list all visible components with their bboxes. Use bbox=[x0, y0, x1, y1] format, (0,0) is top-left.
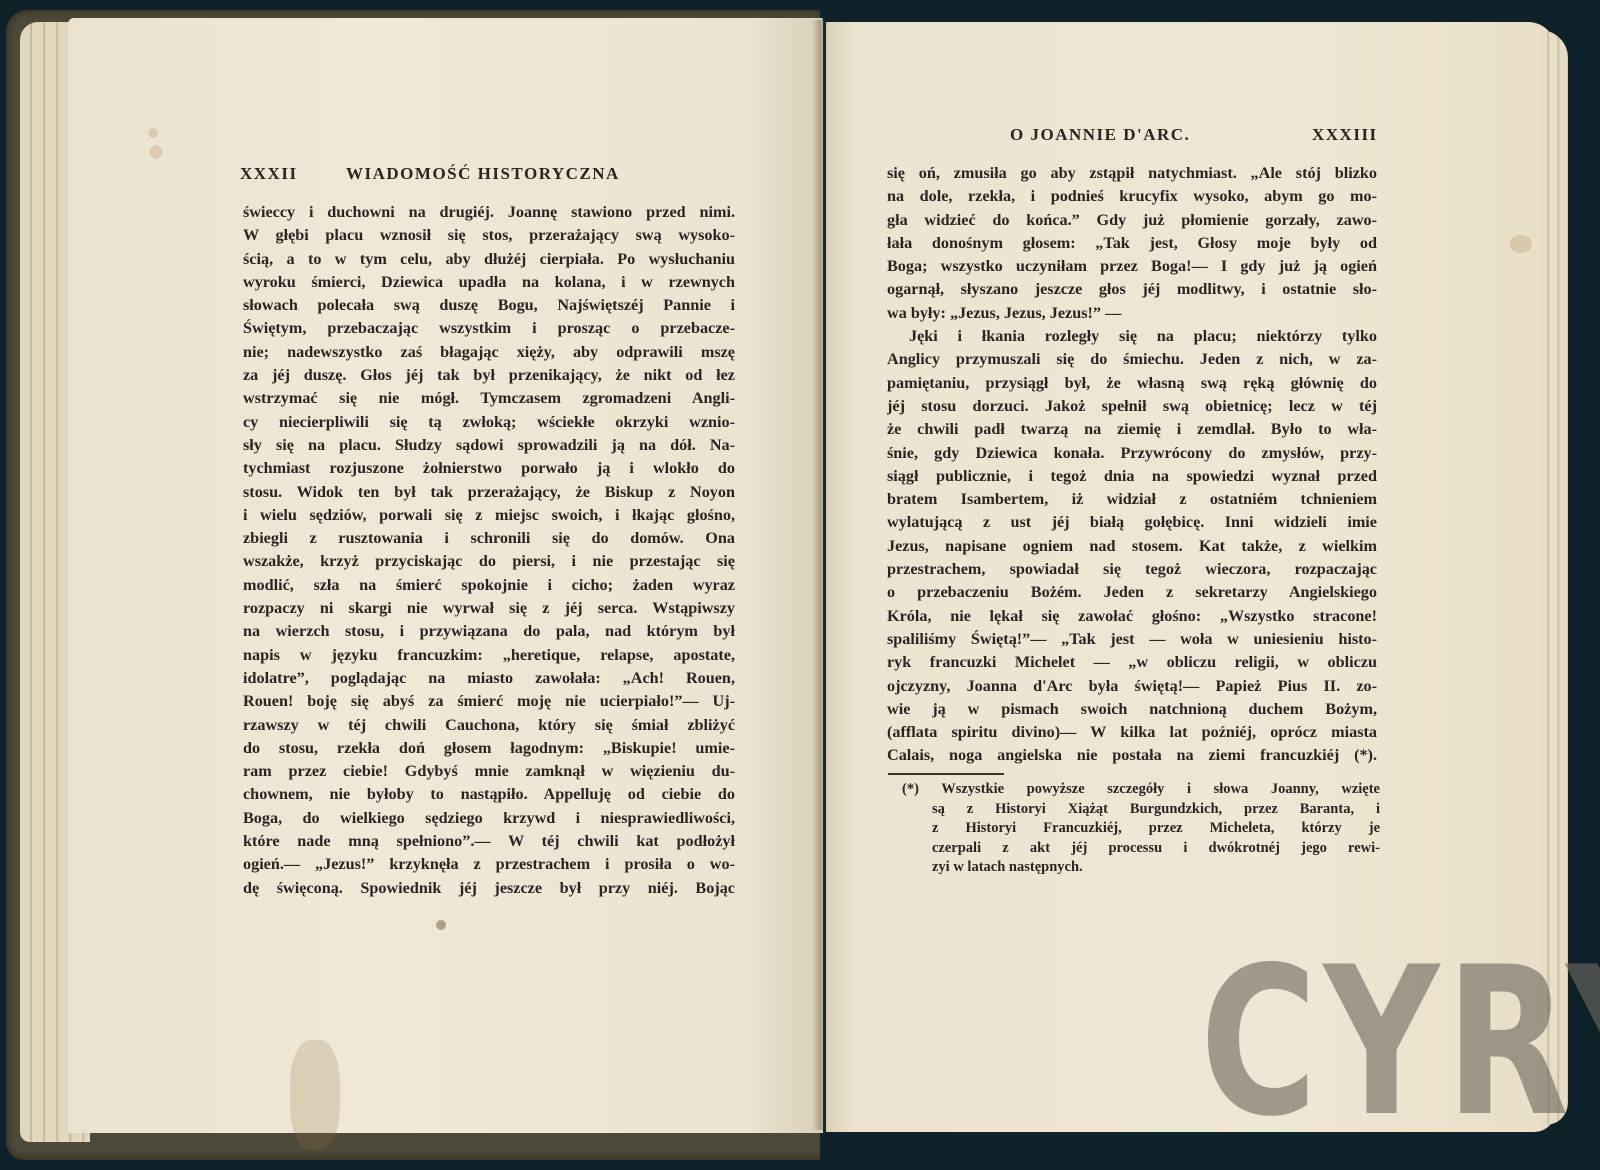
text-line: (afflata spiritu divino)— W kilka lat po… bbox=[887, 721, 1377, 744]
right-page-number: XXXIII bbox=[1312, 125, 1378, 145]
text-line: wszakże, krzyż przyciskając do piersi, i… bbox=[243, 550, 735, 573]
text-line: Świętym, przebaczając wszystkim i proszą… bbox=[243, 317, 735, 340]
paper-stain bbox=[148, 128, 158, 138]
text-line: świeccy i duchowni na drugiéj. Joannę st… bbox=[243, 201, 735, 224]
text-line: jéj stosu dorzuci. Jakoż spełnił swą obi… bbox=[887, 395, 1377, 418]
text-line: łała donośnym głosem: „Tak jest, Głosy m… bbox=[887, 232, 1377, 255]
text-line: rozpaczy ni skargi nie wyrwał się z jéj … bbox=[243, 597, 735, 620]
text-line: nie; nadewszystko zaś błagając xięży, ab… bbox=[243, 341, 735, 364]
text-line: na dole, rzekła, i podnieś krucyfix wyso… bbox=[887, 185, 1377, 208]
text-line: ogarnął, słyszano jeszcze głos jéj modli… bbox=[887, 278, 1377, 301]
text-line: stosu. Widok ten był tak przerażający, ż… bbox=[243, 481, 735, 504]
text-line: Boga, do wielkiego sędziego krzywd i nie… bbox=[243, 807, 735, 830]
text-line: Rouen! boję się abyś za śmierć moję nie … bbox=[243, 690, 735, 713]
text-line: za jéj duszę. Głos jéj tak był przenikaj… bbox=[243, 364, 735, 387]
book-gutter bbox=[812, 20, 828, 1130]
text-line: Jęki i łkania rozległy się na placu; nie… bbox=[887, 325, 1377, 348]
text-line: które nade mną spełniono”.— W téj chwili… bbox=[243, 830, 735, 853]
footnote-line: z Historyi Francuzkiéj, przez Micheleta,… bbox=[902, 819, 1380, 839]
text-line: napis w języku francuzkim: „heretique, r… bbox=[243, 644, 735, 667]
paper-stain bbox=[1510, 235, 1532, 253]
footnote: (*) Wszystkie powyższe szczegóły i słowa… bbox=[902, 780, 1380, 878]
text-line: bratem Isambertem, iż widział z ostatnié… bbox=[887, 488, 1377, 511]
footnote-line: zyi w latach następnych. bbox=[902, 858, 1380, 878]
footnote-divider bbox=[888, 773, 1004, 775]
text-line: Jezus, napisane ogniem nad stosem. Kat t… bbox=[887, 535, 1377, 558]
footnote-line: czerpali z akt jéj processu i dwókrotnéj… bbox=[902, 839, 1380, 859]
text-line: do stosu, rzekła doń głosem łagodnym: „B… bbox=[243, 737, 735, 760]
text-line: że chwili padł twarzą na ziemię i zemdla… bbox=[887, 418, 1377, 441]
text-line: Boga; wszystko uczyniłam przez Boga!— I … bbox=[887, 255, 1377, 278]
left-running-title: WIADOMOŚĆ HISTORYCZNA bbox=[346, 164, 620, 184]
text-line: W głębi placu wznosił się stos, przeraża… bbox=[243, 224, 735, 247]
text-line: ogień.— „Jezus!” krzyknęła z przestrache… bbox=[243, 853, 735, 876]
footnote-line: są z Historyi Xiążąt Burgundzkich, przez… bbox=[902, 800, 1380, 820]
text-line: rzawszy w téj chwili Cauchona, który się… bbox=[243, 714, 735, 737]
text-line: cy niecierpliwili się tą zwłoką; wściekł… bbox=[243, 411, 735, 434]
left-page-body: świeccy i duchowni na drugiéj. Joannę st… bbox=[243, 201, 735, 900]
text-line: tychmiast rozjuszone żołnierstwo porwało… bbox=[243, 457, 735, 480]
right-page-body: się oń, zmusiła go aby zstąpił natychmia… bbox=[887, 162, 1377, 768]
right-running-title: O JOANNIE D'ARC. bbox=[1010, 125, 1190, 145]
text-line: wstrzymać się nie mógł. Tymczasem zgroma… bbox=[243, 387, 735, 410]
left-page-number: XXXII bbox=[240, 164, 298, 184]
text-line: ścią, a to w tym celu, aby dłużéj cierpi… bbox=[243, 248, 735, 271]
text-line: ojczyzny, Joanna d'Arc była świętą!— Pap… bbox=[887, 675, 1377, 698]
footnote-line: (*) Wszystkie powyższe szczegóły i słowa… bbox=[902, 780, 1380, 800]
cyryl-watermark: CYRYL bbox=[1200, 958, 1600, 1128]
text-line: ram przez ciebie! Gdybyś mnie zamknął w … bbox=[243, 760, 735, 783]
paper-stain bbox=[436, 920, 446, 930]
text-line: wie ją w pismach swoich natchnioną duche… bbox=[887, 698, 1377, 721]
text-line: spaliliśmy Świętą!”— „Tak jest — woła w … bbox=[887, 628, 1377, 651]
paper-stain bbox=[150, 145, 162, 159]
text-line: idolatre”, poglądając na miasto zawołała… bbox=[243, 667, 735, 690]
text-line: wa były: „Jezus, Jezus, Jezus!” — bbox=[887, 302, 1377, 325]
text-line: Króla, nie lękał się zawołać głośno: „Ws… bbox=[887, 605, 1377, 628]
text-line: o przebaczeniu Bożém. Jeden z sekretarzy… bbox=[887, 581, 1377, 604]
text-line: i wielu sędziów, porwali się z miejsc sw… bbox=[243, 504, 735, 527]
text-line: pamiętaniu, przysiągł był, że własną swą… bbox=[887, 372, 1377, 395]
text-line: siągł publicznie, i tegoż dnia na spowie… bbox=[887, 465, 1377, 488]
text-line: dę święconą. Spowiednik jéj jeszcze był … bbox=[243, 877, 735, 900]
text-line: modlić, szła na śmierć spokojnie i cicho… bbox=[243, 574, 735, 597]
text-line: słowach polecała swą duszę Bogu, Najświę… bbox=[243, 294, 735, 317]
text-line: przestrachem, spowiadał się tegoż wieczo… bbox=[887, 558, 1377, 581]
text-line: wyroku śmierci, Dziewica upadła na kolan… bbox=[243, 271, 735, 294]
text-line: gła widzieć do końca.” Gdy już płomienie… bbox=[887, 209, 1377, 232]
paper-stain bbox=[290, 1040, 340, 1150]
text-line: sły się na placu. Słudzy sądowi sprowadz… bbox=[243, 434, 735, 457]
text-line: ryk francuzki Michelet — „w obliczu reli… bbox=[887, 651, 1377, 674]
text-line: na wierzch stosu, i przywiązana do pala,… bbox=[243, 620, 735, 643]
text-line: zbiegli z rusztowania i schronili się do… bbox=[243, 527, 735, 550]
text-line: wylatującą z ust jéj białą gołębicę. Inn… bbox=[887, 511, 1377, 534]
text-line: Anglicy przymuszali się do śmiechu. Jede… bbox=[887, 348, 1377, 371]
text-line: chownem, nie byłoby to nastąpiło. Appell… bbox=[243, 783, 735, 806]
text-line: śnie, gdy Dziewica konała. Przywrócony d… bbox=[887, 442, 1377, 465]
text-line: Calais, noga angielska nie postała na zi… bbox=[887, 744, 1377, 767]
text-line: się oń, zmusiła go aby zstąpił natychmia… bbox=[887, 162, 1377, 185]
